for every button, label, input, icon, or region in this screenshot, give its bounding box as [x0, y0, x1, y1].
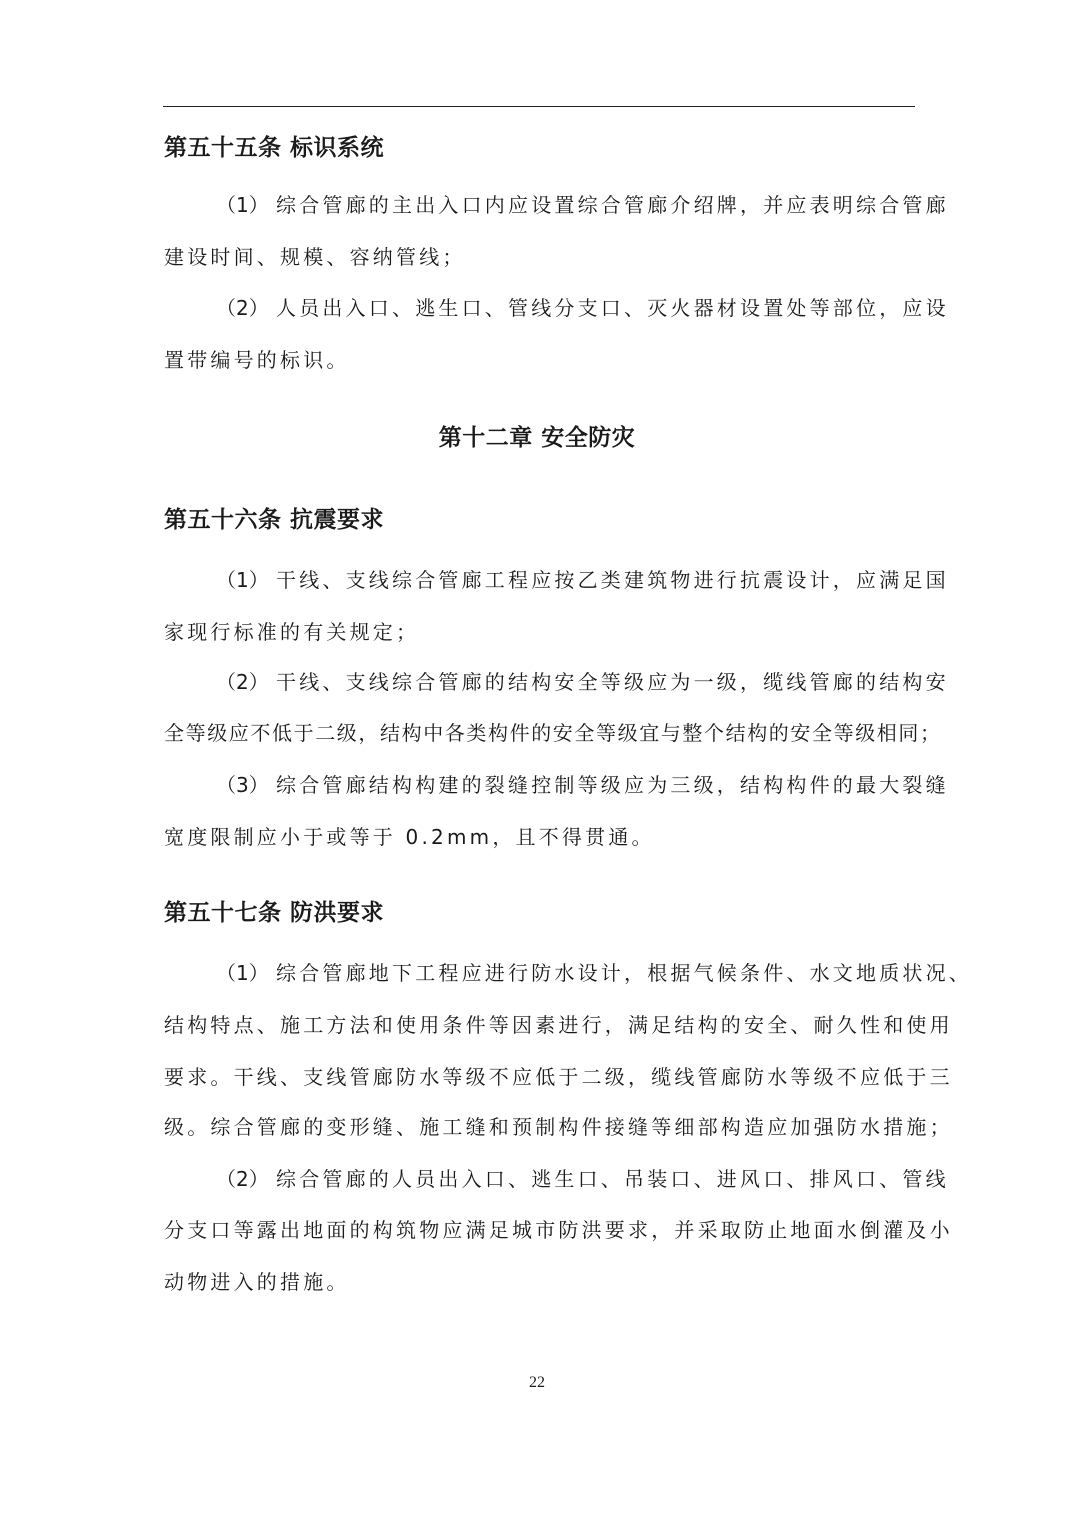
item-number: （3） [216, 772, 276, 798]
item-number: （2） [216, 1166, 276, 1192]
paragraph-line: 分支口等露出地面的构筑物应满足城市防洪要求，并采取防止地面水倒灌及小 [164, 1217, 953, 1243]
paragraph-line: （3）综合管廊结构构建的裂缝控制等级应为三级，结构构件的最大裂缝 [216, 772, 949, 798]
item-number: （1） [216, 960, 276, 986]
paragraph-line: 全等级应不低于二级，结构中各类构件的安全等级宜与整个结构的安全等级相同； [164, 720, 942, 746]
paragraph-line: 要求。干线、支线管廊防水等级不应低于二级，缆线管廊防水等级不应低于三 [164, 1064, 953, 1090]
paragraph-line: （1）综合管廊地下工程应进行防水设计，根据气候条件、水文地质状况、 [216, 960, 972, 986]
item-number: （2） [216, 669, 276, 695]
paragraph-line: 置带编号的标识。 [164, 347, 350, 373]
paragraph-line: （2）干线、支线综合管廊的结构安全等级应为一级，缆线管廊的结构安 [216, 669, 949, 695]
text: 综合管廊地下工程应进行防水设计，根据气候条件、水文地质状况、 [276, 961, 972, 985]
article-heading-56: 第五十六条 抗震要求 [164, 505, 384, 535]
text: 干线、支线综合管廊工程应按乙类建筑物进行抗震设计，应满足国 [276, 568, 949, 592]
item-number: （1） [216, 192, 276, 218]
paragraph-line: 宽度限制应小于或等于 0.2mm，且不得贯通。 [164, 824, 655, 850]
paragraph-line: 结构特点、施工方法和使用条件等因素进行，满足结构的安全、耐久性和使用 [164, 1012, 953, 1038]
paragraph-line: 建设时间、规模、容纳管线； [164, 244, 466, 270]
article-heading-57: 第五十七条 防洪要求 [164, 898, 384, 928]
page-number: 22 [0, 1374, 1074, 1392]
text: 综合管廊的主出入口内应设置综合管廊介绍牌，并应表明综合管廊 [276, 193, 949, 217]
item-number: （1） [216, 567, 276, 593]
paragraph-line: （2）人员出入口、逃生口、管线分支口、灭火器材设置处等部位，应设 [216, 295, 949, 321]
paragraph-line: 级。综合管廊的变形缝、施工缝和预制构件接缝等细部构造应加强防水措施； [164, 1114, 953, 1140]
item-number: （2） [216, 295, 276, 321]
text: 人员出入口、逃生口、管线分支口、灭火器材设置处等部位，应设 [276, 296, 949, 320]
paragraph-line: 动物进入的措施。 [164, 1269, 350, 1295]
paragraph-line: 家现行标准的有关规定； [164, 619, 419, 645]
paragraph-line: （1）综合管廊的主出入口内应设置综合管廊介绍牌，并应表明综合管廊 [216, 192, 949, 218]
chapter-title: 第十二章 安全防灾 [0, 423, 1074, 453]
text: 综合管廊结构构建的裂缝控制等级应为三级，结构构件的最大裂缝 [276, 773, 949, 797]
header-rule [163, 106, 915, 107]
article-heading-55: 第五十五条 标识系统 [164, 133, 384, 163]
text: 干线、支线综合管廊的结构安全等级应为一级，缆线管廊的结构安 [276, 670, 949, 694]
text: 综合管廊的人员出入口、逃生口、吊装口、进风口、排风口、管线 [276, 1167, 949, 1191]
paragraph-line: （2）综合管廊的人员出入口、逃生口、吊装口、进风口、排风口、管线 [216, 1166, 949, 1192]
paragraph-line: （1）干线、支线综合管廊工程应按乙类建筑物进行抗震设计，应满足国 [216, 567, 949, 593]
